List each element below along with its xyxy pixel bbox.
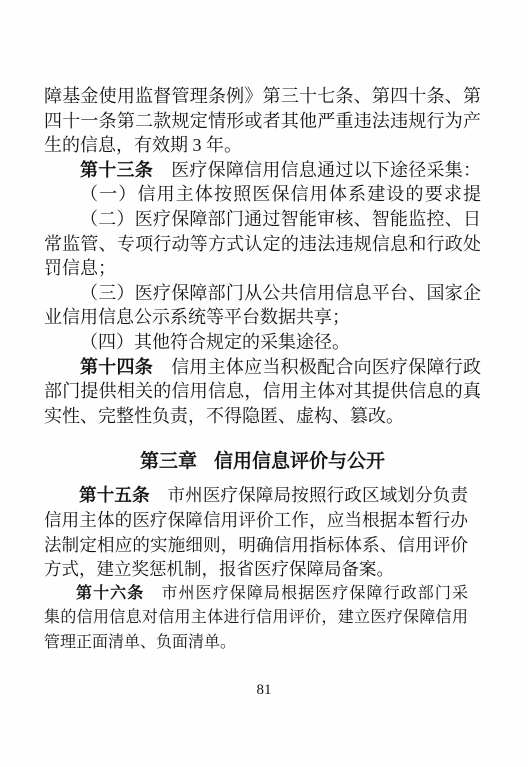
line-text: 部门提供相关的信用信息，信用主体对其提供信息的真 bbox=[44, 381, 481, 401]
section-before-heading: 障基金使用监督管理条例》第三十七条、第四十条、第 四十一条第二款规定情形或者其他… bbox=[44, 84, 481, 428]
body-text-line: 四十一条第二款规定情形或者其他严重违法违规行为产 bbox=[44, 109, 481, 134]
line-text: 常监管、专项行动等方式认定的违法违规信息和行政处 bbox=[44, 234, 481, 254]
body-text-line: 信用主体的医疗保障信用评价工作，应当根据本暂行办 bbox=[44, 508, 468, 533]
body-text-line: 罚信息； bbox=[44, 256, 481, 281]
body-text-line: （一）信用主体按照医保信用体系建设的要求提供； bbox=[44, 182, 481, 207]
body-text-line: （二）医疗保障部门通过智能审核、智能监控、日 bbox=[44, 207, 481, 232]
line-text: 方式，建立奖惩机制，报省医疗保障局备案。 bbox=[44, 559, 394, 579]
line-text: 罚信息； bbox=[44, 258, 116, 278]
document-page: 障基金使用监督管理条例》第三十七条、第四十条、第 四十一条第二款规定情形或者其他… bbox=[0, 0, 528, 767]
body-text-line: 集的信用信息对信用主体进行信用评价，建立医疗保障信用 bbox=[44, 606, 468, 631]
article-number: 第十六条 bbox=[76, 585, 144, 602]
line-text: 业信用信息公示系统等平台数据共享； bbox=[44, 307, 350, 327]
body-text-line: 部门提供相关的信用信息，信用主体对其提供信息的真 bbox=[44, 379, 481, 404]
body-text: 障基金使用监督管理条例》第三十七条、第四十条、第 四十一条第二款规定情形或者其他… bbox=[44, 84, 481, 655]
line-text: 四十一条第二款规定情形或者其他严重违法违规行为产 bbox=[44, 111, 481, 131]
article-number: 第十四条 bbox=[80, 357, 153, 377]
body-text-line: 法制定相应的实施细则，明确信用指标体系、信用评价 bbox=[44, 533, 468, 558]
line-text: 管理正面清单、负面清单。 bbox=[44, 634, 236, 651]
line-text: 生的信息，有效期 3 年。 bbox=[44, 135, 242, 155]
article-number: 第十五条 bbox=[79, 485, 150, 505]
line-text: 集的信用信息对信用主体进行信用评价，建立医疗保障信用 bbox=[44, 609, 468, 626]
line-text: 信用主体的医疗保障信用评价工作，应当根据本暂行办 bbox=[44, 510, 468, 530]
body-text-line: 第十四条 信用主体应当积极配合向医疗保障行政 bbox=[44, 355, 481, 380]
article-number: 第十三条 bbox=[80, 160, 153, 180]
line-text: 障基金使用监督管理条例》第三十七条、第四十条、第 bbox=[44, 86, 481, 106]
body-text-line: 实性、完整性负责，不得隐匿、虚构、篡改。 bbox=[44, 404, 481, 429]
line-text: （四）其他符合规定的采集途径。 bbox=[80, 332, 350, 352]
line-text: 市州医疗保障局按照行政区域划分负责 bbox=[150, 485, 468, 505]
body-text-line: （四）其他符合规定的采集途径。 bbox=[44, 330, 481, 355]
line-text: 医疗保障信用信息通过以下途径采集： bbox=[153, 160, 481, 180]
body-text-line: （三）医疗保障部门从公共信用信息平台、国家企 bbox=[44, 281, 481, 306]
line-text: 实性、完整性负责，不得隐匿、虚构、篡改。 bbox=[44, 406, 404, 426]
line-text: 信用主体应当积极配合向医疗保障行政 bbox=[153, 357, 481, 377]
body-text-line: 障基金使用监督管理条例》第三十七条、第四十条、第 bbox=[44, 84, 481, 109]
line-text: 法制定相应的实施细则，明确信用指标体系、信用评价 bbox=[44, 535, 468, 555]
line-text: 市州医疗保障局根据医疗保障行政部门采 bbox=[144, 585, 468, 602]
chapter-title: 信用信息评价与公开 bbox=[214, 451, 385, 472]
body-text-line: 业信用信息公示系统等平台数据共享； bbox=[44, 305, 481, 330]
page-number: 81 bbox=[0, 682, 528, 699]
body-text-line: 第十五条 市州医疗保障局按照行政区域划分负责 bbox=[44, 483, 468, 508]
chapter-heading: 第三章信用信息评价与公开 bbox=[44, 447, 481, 477]
section-after-heading: 第十五条 市州医疗保障局按照行政区域划分负责 信用主体的医疗保障信用评价工作，应… bbox=[44, 483, 481, 655]
line-text: （二）医疗保障部门通过智能审核、智能监控、日 bbox=[80, 209, 481, 229]
body-text-line: 管理正面清单、负面清单。 bbox=[44, 631, 468, 656]
body-text-line: 方式，建立奖惩机制，报省医疗保障局备案。 bbox=[44, 557, 468, 582]
chapter-number: 第三章 bbox=[140, 451, 197, 472]
body-text-line: 生的信息，有效期 3 年。 bbox=[44, 133, 481, 158]
body-text-line: 常监管、专项行动等方式认定的违法违规信息和行政处 bbox=[44, 232, 481, 257]
body-text-line: 第十六条 市州医疗保障局根据医疗保障行政部门采 bbox=[44, 582, 468, 607]
body-text-line: 第十三条 医疗保障信用信息通过以下途径采集： bbox=[44, 158, 481, 183]
line-text: （一）信用主体按照医保信用体系建设的要求提供； bbox=[44, 184, 481, 207]
line-text: （三）医疗保障部门从公共信用信息平台、国家企 bbox=[80, 283, 481, 303]
